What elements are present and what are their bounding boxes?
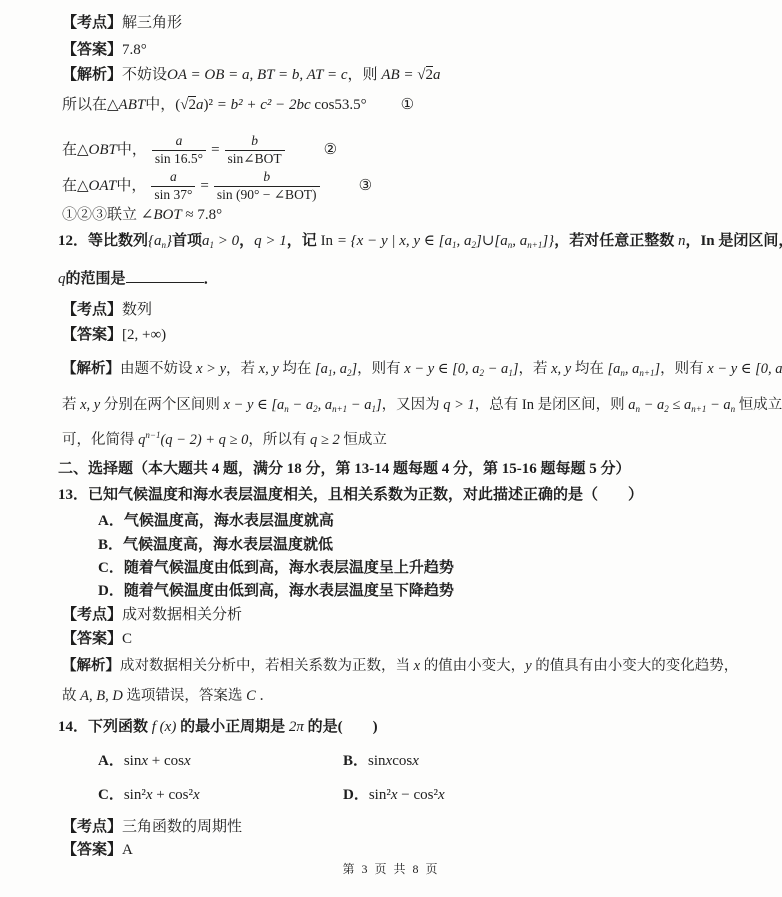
- text-run: > 0: [214, 233, 239, 249]
- text-run: ，所以有: [248, 432, 310, 448]
- text-run: 成对数据相关分析: [122, 607, 242, 623]
- text-run: x: [391, 787, 398, 803]
- text-run: 分别在两个区间则: [100, 397, 223, 413]
- text-run: x: [146, 787, 153, 803]
- text-run: C: [246, 688, 256, 704]
- text-run: sin²: [124, 787, 146, 803]
- text-run: A: [122, 842, 133, 858]
- text-run: 的值具有由小变大的变化趋势，: [532, 658, 739, 674]
- text-run: [a: [607, 361, 620, 377]
- text-run: 首项: [172, 233, 202, 249]
- text-run: 解三角形: [122, 15, 182, 31]
- text-run: 的值由小变大，: [420, 658, 525, 674]
- text-run: 13．已知气候温度和海水表层温度相关，且相关系数为正数，对此描述正确的是（ ）: [58, 487, 643, 503]
- text-run: 三角函数的周期性: [122, 819, 242, 835]
- text-run: , a: [457, 233, 472, 249]
- text-run: [a: [315, 361, 328, 377]
- text-run: 14．下列函数: [58, 719, 152, 735]
- text-run: 【答案】: [62, 631, 122, 647]
- text-run: 恒成立即: [735, 397, 782, 413]
- q11-answer-line: 【答案】7.8°: [62, 41, 147, 61]
- q12-answer-line: 【答案】[2, +∞): [62, 326, 166, 346]
- text-run: cos53.5°: [311, 97, 367, 113]
- q11-kaodian-line: 【考点】解三角形: [62, 14, 182, 34]
- text-run: ，若: [518, 361, 551, 377]
- exam-page: 【考点】解三角形 【答案】7.8° 【解析】不妨设OA = OB = a, BT…: [0, 0, 782, 897]
- text-run: + cos: [148, 753, 184, 769]
- text-run: 均在: [279, 361, 315, 377]
- text-run: f (x): [152, 719, 177, 735]
- text-run: q ≥ 2: [310, 432, 340, 448]
- text-run: 【答案】: [62, 42, 122, 58]
- text-run: x, y: [259, 361, 279, 377]
- text-run: − a: [347, 397, 371, 413]
- text-run: sin: [368, 753, 386, 769]
- q12-analysis-line-2: 若 x, y 分别在两个区间则 x − y ∈ [an − a2, an+1 −…: [62, 396, 782, 416]
- text-run: ]}: [542, 233, 554, 249]
- text-run: q > 1: [443, 397, 475, 413]
- text-run: △ABT: [107, 97, 145, 113]
- text-run: ．: [204, 271, 219, 287]
- text-run: − a: [289, 397, 313, 413]
- text-run: ，In 是闭区间，则: [685, 233, 782, 249]
- text-run: − cos²: [398, 787, 438, 803]
- text-run: q > 1: [254, 233, 287, 249]
- text-run: cos: [392, 753, 412, 769]
- text-run: OA = OB = a, BT = b, AT = c: [167, 67, 348, 83]
- q12-stem-line-2: q的范围是．: [58, 268, 219, 290]
- text-run: 二、选择题（本大题共 4 题，满分 18 分，第 13-14 题每题 4 分，第…: [58, 461, 631, 477]
- text-run: 由题不妨设: [120, 361, 196, 377]
- q13-kaodian-line: 【考点】成对数据相关分析: [62, 606, 242, 626]
- text-run: ，则: [348, 67, 382, 83]
- q12-stem-line-1: 12．等比数列{an}首项a1 > 0，q > 1，记 In = {x − y …: [58, 232, 782, 252]
- text-run: ，则有: [357, 361, 404, 377]
- text-run: ①②③联立: [62, 207, 141, 223]
- text-run: x, y: [80, 397, 100, 413]
- text-run: a: [202, 233, 210, 249]
- text-run: A．气候温度高，海水表层温度就高: [98, 513, 334, 529]
- text-run: , a: [332, 361, 347, 377]
- radical: √2: [180, 96, 196, 116]
- text-run: x: [184, 753, 191, 769]
- q13-option-a: A．气候温度高，海水表层温度就高: [98, 512, 334, 532]
- text-run: n+1: [332, 404, 347, 414]
- text-run: C．: [98, 787, 124, 803]
- text-run: 【解析】: [62, 67, 122, 83]
- text-run: 数列: [122, 302, 152, 318]
- text-run: )²: [203, 97, 213, 113]
- text-run: A, B, D: [80, 688, 123, 704]
- text-run: 不妨设: [122, 67, 167, 83]
- text-run: q: [58, 271, 66, 287]
- text-run: C: [122, 631, 132, 647]
- text-run: 均在: [571, 361, 607, 377]
- q14-option-c: C．sin²x + cos²x: [98, 786, 200, 806]
- q11-equation-1: 所以在△ABT中，(√2a)² = b² + c² − 2bc cos53.5°…: [62, 96, 414, 116]
- text-run: ]∪[a: [476, 233, 508, 249]
- text-run: n+1: [691, 404, 706, 414]
- text-run: x − y ∈ [0, a: [707, 361, 782, 377]
- text-run: =: [211, 142, 219, 158]
- q14-option-a: A．sinx + cosx: [98, 752, 191, 772]
- q11-analysis-line: 【解析】不妨设OA = OB = a, BT = b, AT = c，则 AB …: [62, 66, 441, 86]
- text-run: − a: [484, 361, 508, 377]
- text-run: 12．等比数列: [58, 233, 148, 249]
- q14-stem: 14．下列函数 f (x) 的最小正周期是 2π 的是( ): [58, 718, 378, 738]
- text-run: 7.8°: [122, 42, 147, 58]
- text-run: 【答案】: [62, 327, 122, 343]
- text-run: a: [433, 67, 441, 83]
- q14-kaodian-line: 【考点】三角函数的周期性: [62, 818, 242, 838]
- text-run: △OBT: [77, 142, 117, 158]
- text-run: (q − 2) + q ≥ 0: [160, 432, 248, 448]
- text-run: x − y ∈ [0, a: [404, 361, 479, 377]
- q11-equation-3: 在△OAT中，asin 37°=bsin (90° − ∠BOT)③: [62, 169, 372, 204]
- text-run: 中，: [145, 97, 175, 113]
- text-run: − a: [640, 397, 664, 413]
- text-run: In: [321, 233, 334, 249]
- text-run: B．: [343, 753, 368, 769]
- text-run: 的范围是: [66, 271, 126, 287]
- text-run: 【考点】: [62, 607, 122, 623]
- text-run: ①: [401, 97, 414, 113]
- q13-analysis-line-1: 【解析】成对数据相关分析中，若相关系数为正数，当 x 的值由小变大，y 的值具有…: [62, 657, 738, 676]
- text-run: ③: [359, 178, 372, 194]
- text-run: 【考点】: [62, 819, 122, 835]
- fraction: asin 37°: [151, 169, 195, 204]
- text-run: ，则有: [660, 361, 707, 377]
- text-run: A．: [98, 753, 124, 769]
- q11-conclusion: ①②③联立 ∠BOT ≈ 7.8°: [62, 206, 222, 226]
- text-run: ≈ 7.8°: [182, 207, 222, 223]
- text-run: , a: [625, 361, 640, 377]
- text-run: ，总有 In 是闭区间，则: [475, 397, 628, 413]
- text-run: 2π: [289, 719, 304, 735]
- q11-equation-2: 在△OBT中，asin 16.5°=bsin∠BOT②: [62, 133, 337, 168]
- text-run: 【答案】: [62, 842, 122, 858]
- q13-stem: 13．已知气候温度和海水表层温度相关，且相关系数为正数，对此描述正确的是（ ）: [58, 486, 643, 506]
- text-run: x, y: [551, 361, 571, 377]
- text-run: D．随着气候温度由低到高，海水表层温度呈下降趋势: [98, 583, 454, 599]
- text-run: 【解析】: [62, 361, 120, 377]
- text-run: x: [438, 787, 445, 803]
- q12-analysis-line-3: 可，化简得 qn−1(q − 2) + q ≥ 0，所以有 q ≥ 2 恒成立: [62, 430, 387, 450]
- text-run: C．随着气候温度由低到高，海水表层温度呈上升趋势: [98, 560, 454, 576]
- text-run: ，若对任意正整数: [554, 233, 678, 249]
- text-run: , a: [512, 233, 527, 249]
- text-run: ，若: [226, 361, 259, 377]
- fraction: asin 16.5°: [152, 133, 206, 168]
- text-run: ，记: [287, 233, 321, 249]
- fraction: bsin (90° − ∠BOT): [214, 169, 320, 204]
- text-run: ∠BOT: [141, 207, 182, 223]
- text-run: ，又因为: [382, 397, 444, 413]
- q14-option-d: D．sin²x − cos²x: [343, 786, 445, 806]
- text-run: n+1: [527, 240, 542, 250]
- text-run: sin²: [369, 787, 391, 803]
- text-run: ．: [256, 688, 274, 704]
- q13-option-d: D．随着气候温度由低到高，海水表层温度呈下降趋势: [98, 582, 454, 602]
- text-run: 在: [62, 142, 77, 158]
- text-run: − a: [706, 397, 730, 413]
- text-run: =: [200, 178, 208, 194]
- text-run: 所以在: [62, 97, 107, 113]
- text-run: x − y ∈ [a: [224, 397, 285, 413]
- fraction: bsin∠BOT: [225, 133, 285, 168]
- text-run: n+1: [639, 368, 654, 378]
- text-run: 在: [62, 178, 77, 194]
- text-run: △OAT: [77, 178, 116, 194]
- text-run: AB =: [381, 67, 417, 83]
- text-run: n−1: [145, 430, 160, 440]
- text-run: 成对数据相关分析中，若相关系数为正数，当: [120, 658, 414, 674]
- text-run: ≤ a: [669, 397, 691, 413]
- text-run: 【考点】: [62, 302, 122, 318]
- q13-answer-line: 【答案】C: [62, 630, 132, 650]
- text-run: = {x − y | x, y ∈ [a: [333, 233, 452, 249]
- text-run: 【考点】: [62, 15, 122, 31]
- q13-analysis-line-2: 故 A, B, D 选项错误，答案选 C ．: [62, 687, 274, 706]
- text-run: x: [412, 753, 419, 769]
- q13-option-b: B．气候温度高，海水表层温度就低: [98, 536, 333, 556]
- q12-analysis-line-1: 【解析】由题不妨设 x > y，若 x, y 均在 [a1, a2]，则有 x …: [62, 360, 782, 380]
- text-run: a: [628, 397, 635, 413]
- text-run: B．气候温度高，海水表层温度就低: [98, 537, 333, 553]
- text-run: 可，化简得: [62, 432, 138, 448]
- text-run: 的最小正周期是: [176, 719, 289, 735]
- q13-option-c: C．随着气候温度由低到高，海水表层温度呈上升趋势: [98, 559, 454, 579]
- text-run: sin: [124, 753, 142, 769]
- text-run: 若: [62, 397, 80, 413]
- q14-option-b: B．sinxcosx: [343, 752, 419, 772]
- answer-blank: [126, 268, 204, 283]
- text-run: [2, +∞): [122, 327, 166, 343]
- radical: √2: [417, 66, 433, 86]
- text-run: = b² + c² − 2bc: [213, 97, 311, 113]
- q14-answer-line: 【答案】A: [62, 841, 133, 861]
- q12-kaodian-line: 【考点】数列: [62, 301, 152, 321]
- text-run: D．: [343, 787, 369, 803]
- text-run: ②: [324, 142, 337, 158]
- section-2-header: 二、选择题（本大题共 4 题，满分 18 分，第 13-14 题每题 4 分，第…: [58, 460, 631, 480]
- text-run: 恒成立: [340, 432, 387, 448]
- text-run: x > y: [196, 361, 226, 377]
- text-run: {a: [148, 233, 162, 249]
- text-run: 选项错误，答案选: [123, 688, 246, 704]
- text-run: + cos²: [153, 787, 193, 803]
- page-footer: 第 3 页 共 8 页: [0, 860, 782, 877]
- text-run: 的是( ): [304, 719, 378, 735]
- text-run: 【解析】: [62, 658, 120, 674]
- text-run: 中，: [116, 178, 146, 194]
- text-run: 中，: [117, 142, 147, 158]
- text-run: ，: [239, 233, 254, 249]
- text-run: 故: [62, 688, 80, 704]
- text-run: , a: [318, 397, 333, 413]
- text-run: x: [193, 787, 200, 803]
